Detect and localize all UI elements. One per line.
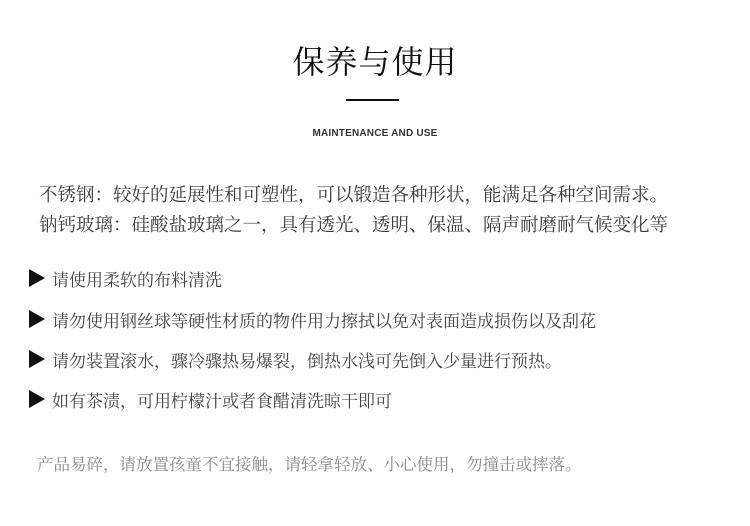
triangle-right-icon <box>29 269 45 287</box>
material-stainless-steel: 不锈钢：较好的延展性和可塑性，可以锻造各种形状，能满足各种空间需求。 <box>39 181 668 211</box>
fragile-note: 产品易碎，请放置孩童不宜接触，请轻拿轻放、小心使用，勿撞击或摔落。 <box>37 451 582 475</box>
instruction-text: 请勿装置滚水，骤冷骤热易爆裂，倒热水浅可先倒入少量进行预热。 <box>52 347 562 372</box>
page-subtitle: MAINTENANCE AND USE <box>0 128 750 139</box>
instruction-item: 请勿装置滚水，骤冷骤热易爆裂，倒热水浅可先倒入少量进行预热。 <box>29 347 562 371</box>
triangle-right-icon <box>29 350 45 368</box>
instruction-item: 请勿使用钢丝球等硬性材质的物件用力擦拭以免对表面造成损伤以及刮花 <box>29 307 596 331</box>
triangle-right-icon <box>29 390 45 408</box>
page-title: 保养与使用 <box>0 42 750 82</box>
title-divider <box>346 99 399 101</box>
instruction-item: 如有茶渍，可用柠檬汁或者食醋清洗晾干即可 <box>29 387 392 411</box>
instruction-text: 请勿使用钢丝球等硬性材质的物件用力擦拭以免对表面造成损伤以及刮花 <box>52 307 596 332</box>
instruction-text: 请使用柔软的布料清洗 <box>52 266 222 291</box>
material-soda-lime-glass: 钠钙玻璃：硅酸盐玻璃之一，具有透光、透明、保温、隔声耐磨耐气候变化等 <box>39 211 668 241</box>
triangle-right-icon <box>29 310 45 328</box>
instruction-item: 请使用柔软的布料清洗 <box>29 266 222 290</box>
instruction-text: 如有茶渍，可用柠檬汁或者食醋清洗晾干即可 <box>52 387 392 412</box>
